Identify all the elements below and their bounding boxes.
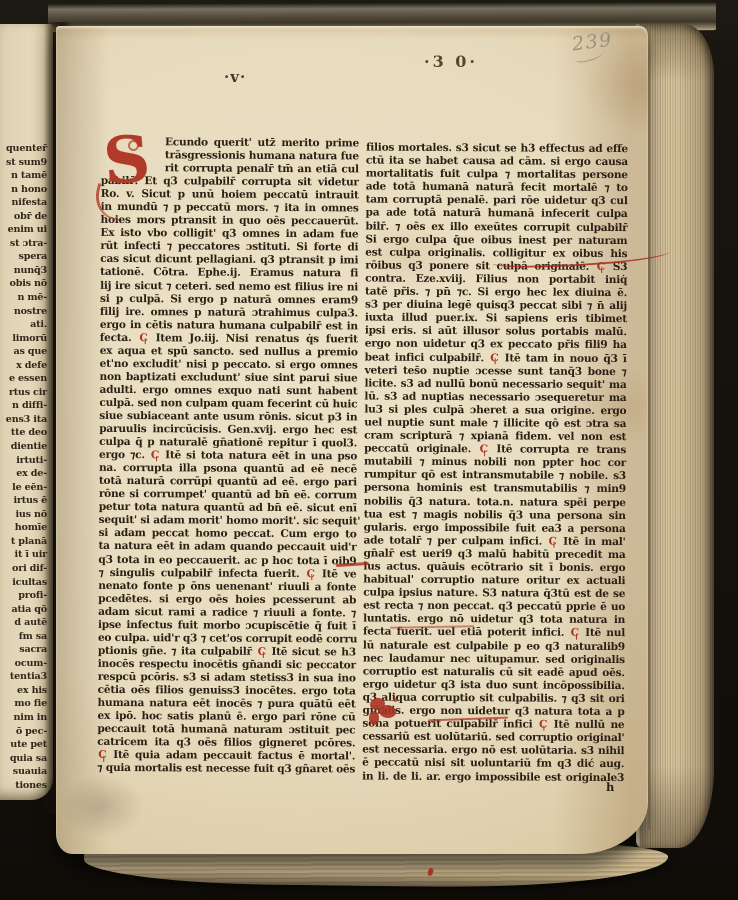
text-line: ipse infectus fuit morbo ɔcupiscētie q̄ … [98, 619, 356, 634]
pilcrow-rubric: C [489, 352, 499, 364]
text-line: tua est ⁊ magis nobilis q̄3 una persona … [364, 508, 626, 523]
text-line: adam sicut rami a radice ⁊ riuuli a font… [98, 606, 356, 621]
text-line: et'no excludit' nisi p peccato. si ergo … [100, 358, 358, 373]
text-line: gularis. ergo impossibile fuit ea3 a per… [364, 521, 626, 536]
text-line: licite. s3 ad nullū bonū necessario sequ… [364, 377, 626, 392]
text-line: ergo in cētis natura humana culpabilr̄ e… [100, 319, 358, 334]
text-line: fecta. C Item Jo.iij. Nisi renatus q̇s f… [100, 332, 358, 347]
pilcrow-rubric: C [257, 646, 267, 658]
text-line: nobilis q̄3 natura. tota.n. natura spēi … [364, 495, 626, 510]
text-line: Si ergo culpa q̄ue oibus inest per natur… [365, 233, 627, 248]
text-line: ⁊ quia mortalis est necesse fuit q3 gn̄a… [97, 762, 355, 777]
text-line: veteri tes̄o nuptie ɔcesse sunt tanq̄3 b… [365, 364, 627, 379]
text-line: persona hominis est transmutabilis ⁊ min… [364, 482, 626, 497]
pilcrow-rubric: C [547, 535, 557, 547]
text-line: bilr̄. ⁊ oēs ex illo exeūtes corrupit cu… [365, 220, 627, 235]
text-line: q3 tota in eo peccauerit. ac p hoc tota … [98, 553, 356, 568]
text-line: pcedētes. si ergo oēs hoies pcesserunt a… [98, 593, 356, 608]
text-line: pa ade totā naturā humanā infecerit culp… [366, 207, 628, 222]
pilcrow-rubric: C [479, 443, 489, 455]
text-line: lij ire sicut ⁊ ceteri. sed nemo est fil… [100, 279, 358, 294]
scanned-book-photo: quenter̄st sum9n tamēn hononifestaobr̄ d… [0, 0, 738, 900]
text-line: filij ire. omnes p naturā ɔtrahimus culp… [100, 305, 358, 320]
left-text-column: Ecundo querit' utz̄ merito primetrāsgres… [97, 136, 359, 777]
red-ink-blot [393, 698, 398, 702]
right-text-column: filios mortales. s3 sicut se h3 effectus… [362, 142, 628, 785]
text-line: nec laudamur nec uitupamur. sed original… [363, 652, 625, 667]
initial-flourish-dot [128, 140, 139, 151]
text-line: tationē. Cōtra. Ephe.ij. Eramus natura f… [100, 266, 358, 281]
text-line: ex aqua et spū sancto. sed nullus a prem… [100, 345, 358, 360]
text-line: ergo non uidetur q3 ex peccato pr̄is fil… [365, 338, 627, 353]
text-line: ⁊ singulis culpabilr̄ infecta fuerit. C … [98, 566, 356, 581]
pilcrow-rubric: C [150, 449, 160, 461]
pilcrow-rubric: C [538, 719, 548, 731]
text-line: in li. de li. ar. ergo impossibile est o… [362, 770, 624, 785]
text-line: beat infici culpabilr̄. C Itē tam in nou… [365, 351, 627, 366]
text-line: ē peccatū nisi sit uoluntariū fm q3 dić … [362, 757, 624, 772]
pilcrow-rubric: C [97, 749, 107, 761]
signature-mark: h [606, 780, 614, 794]
text-line: lū naturale est culpabile p eo q3 natura… [363, 639, 625, 654]
text-line: nenato fonte p ōns uenenant' riuuli a fo… [98, 579, 356, 594]
pilcrow-rubric: C [305, 568, 315, 580]
text-line: eo culpa. uid'r q3 ⁊ cet'os corrupit eod… [98, 632, 356, 647]
text-line: si p culpā. Si ergo p naturā omnes eram9 [100, 292, 358, 307]
red-ink-blot [369, 711, 379, 725]
pilcrow-rubric: C [570, 627, 580, 639]
pilcrow-rubric: C [138, 332, 148, 344]
text-line: ta natura eēt in adam quando peccauit ui… [98, 540, 356, 555]
